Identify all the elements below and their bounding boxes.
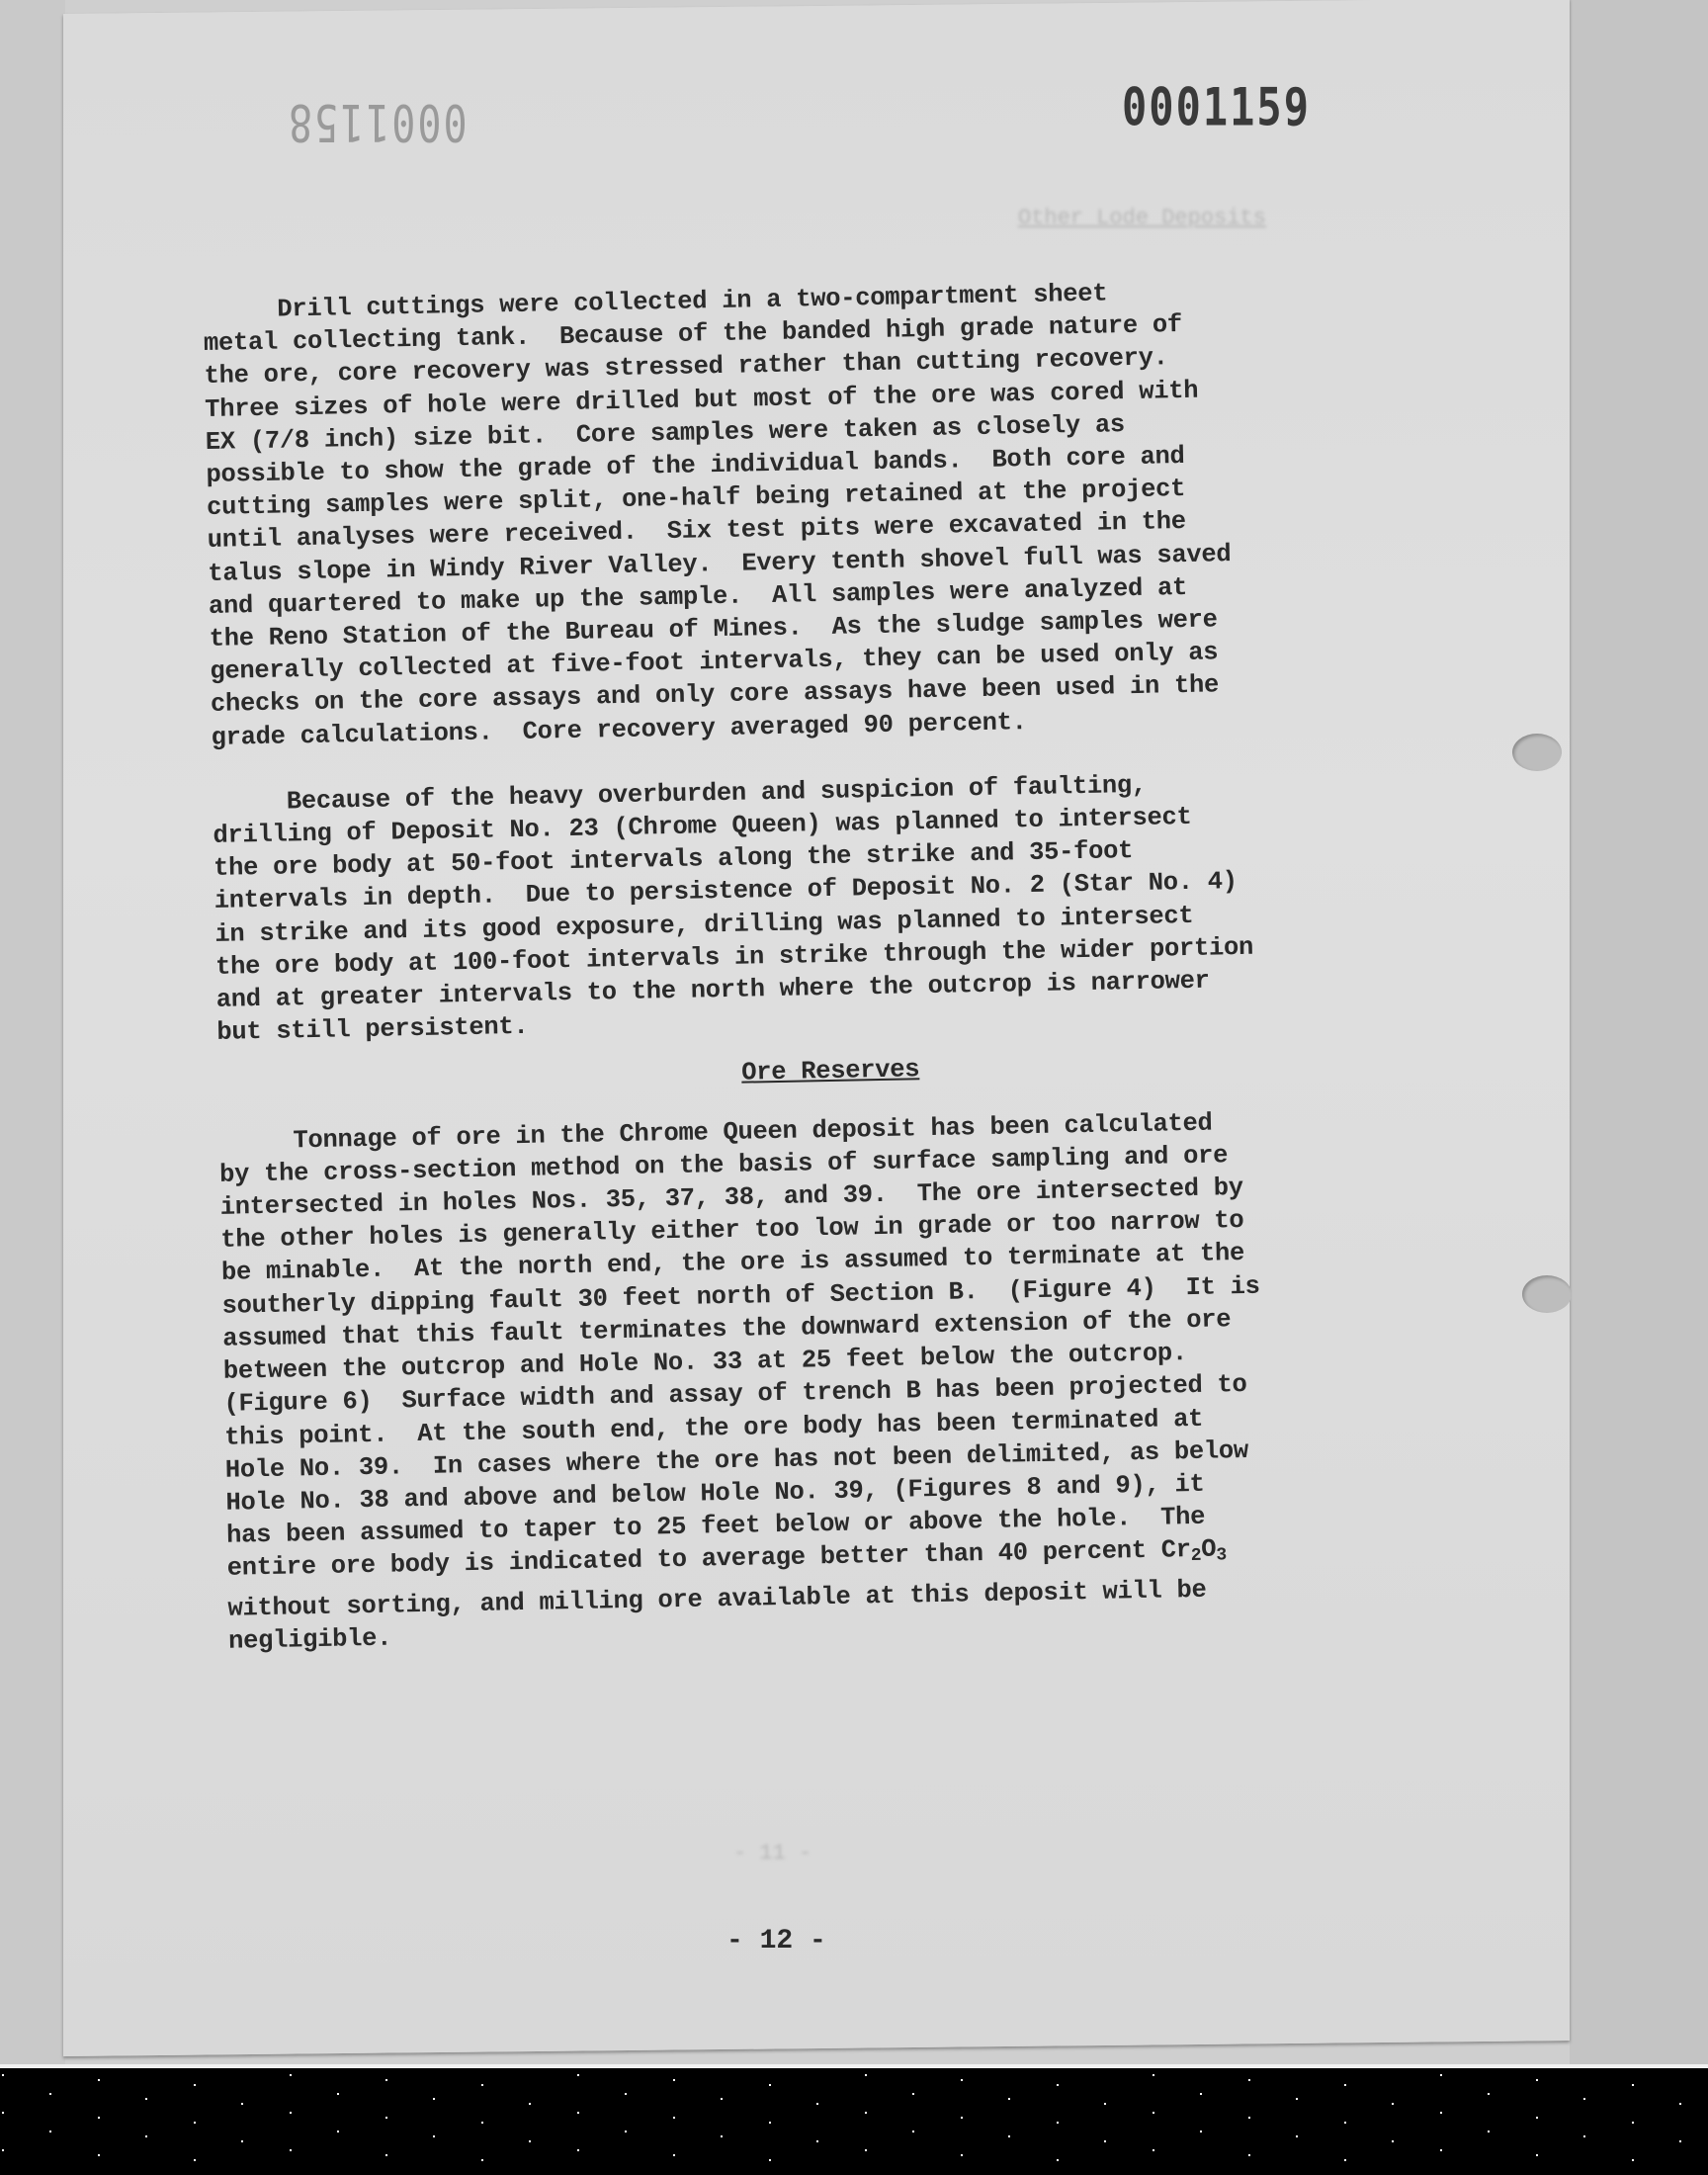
scan-noise-dot xyxy=(1583,2098,1585,2100)
scan-noise-dot xyxy=(1679,2103,1681,2105)
scan-noise-dot xyxy=(1153,2112,1154,2114)
subscript: 3 xyxy=(1216,1546,1227,1566)
scan-noise-dot xyxy=(721,2098,723,2100)
scan-noise-dot xyxy=(625,2093,627,2095)
formula-mid: O xyxy=(1201,1535,1217,1564)
scan-noise-dot xyxy=(290,2112,292,2114)
scan-noise-dot xyxy=(1632,2159,1634,2161)
scan-noise-dot xyxy=(865,2149,867,2151)
scan-noise-dot xyxy=(577,2074,579,2076)
scan-noise-dot xyxy=(290,2149,292,2151)
scan-noise-dot xyxy=(1153,2149,1154,2151)
scan-noise-dot xyxy=(481,2159,483,2161)
scan-noise-dot xyxy=(673,2079,675,2081)
scan-noise-dot xyxy=(961,2079,963,2081)
scan-noise-dot xyxy=(1632,2122,1634,2124)
scan-noise-dot xyxy=(385,2154,387,2156)
scan-noise-dot xyxy=(49,2131,51,2132)
scan-noise-dot xyxy=(337,2131,339,2132)
scan-noise-dot xyxy=(769,2084,771,2086)
scan-noise-dot xyxy=(1392,2103,1394,2105)
scanner-backdrop-right xyxy=(1570,0,1708,2066)
scan-noise-dot xyxy=(1536,2079,1538,2081)
scan-noise-dot xyxy=(145,2135,147,2137)
scan-noise-dot xyxy=(1104,2140,1106,2142)
scan-noise-dot xyxy=(1057,2122,1059,2124)
scan-noise-dot xyxy=(1248,2154,1250,2156)
scan-noise-dot xyxy=(2,2074,4,2076)
page-number: - 12 - xyxy=(726,1926,826,1957)
scan-noise-dot xyxy=(816,2103,818,2105)
scan-noise-dot xyxy=(1488,2131,1490,2132)
scan-noise-dot xyxy=(961,2117,963,2119)
scan-noise-dot xyxy=(2,2149,4,2151)
scan-noise-dot xyxy=(1536,2154,1538,2156)
scan-noise-dot xyxy=(194,2159,196,2161)
document-body: Drill cuttings were collected in a two-c… xyxy=(203,272,1414,1658)
scan-noise-dot xyxy=(1440,2112,1442,2114)
scan-noise-dot xyxy=(1536,2117,1538,2119)
stamp-number: 0001159 xyxy=(1122,77,1311,137)
scan-noise-dot xyxy=(529,2103,531,2105)
scan-noise-dot xyxy=(1057,2159,1059,2161)
scan-noise-dot xyxy=(769,2159,771,2161)
scan-noise-dot xyxy=(816,2140,818,2142)
scan-noise-dot xyxy=(1440,2149,1442,2151)
scan-noise-dot xyxy=(2,2112,4,2114)
scan-noise-dot xyxy=(1248,2117,1250,2119)
scan-noise-dot xyxy=(961,2154,963,2156)
scan-noise-dot xyxy=(1248,2079,1250,2081)
scan-noise-dot xyxy=(433,2135,435,2137)
scanner-backdrop-left xyxy=(0,0,65,2066)
scan-noise-dot xyxy=(1008,2098,1010,2100)
binder-punch-hole-upper xyxy=(1512,734,1562,771)
scan-noise-dot xyxy=(1440,2074,1442,2076)
scan-noise-dot xyxy=(1344,2084,1346,2086)
paragraph-ore-reserves: Tonnage of ore in the Chrome Queen depos… xyxy=(218,1102,1414,1657)
scan-noise-dot xyxy=(625,2131,627,2132)
scan-noise-dot xyxy=(1104,2103,1106,2105)
paragraph-drilling-samples: Drill cuttings were collected in a two-c… xyxy=(203,272,1398,754)
scan-noise-dot xyxy=(1344,2159,1346,2161)
subscript: 2 xyxy=(1191,1546,1202,1566)
scan-noise-dot xyxy=(673,2117,675,2119)
scan-noise-dot xyxy=(1583,2135,1585,2137)
paragraph-drilling-plan: Because of the heavy overburden and susp… xyxy=(213,764,1404,1050)
scan-noise-dot xyxy=(481,2084,483,2086)
scan-noise-dot xyxy=(912,2093,914,2095)
scan-noise-dot xyxy=(577,2112,579,2114)
bleed-through-footer: - 11 - xyxy=(733,1841,811,1866)
scan-noise-dot xyxy=(194,2084,196,2086)
scan-border-band xyxy=(0,2068,1708,2175)
scan-noise-dot xyxy=(673,2154,675,2156)
scan-noise-dot xyxy=(385,2117,387,2119)
scan-noise-dot xyxy=(1296,2135,1298,2137)
scan-noise-dot xyxy=(769,2122,771,2124)
scan-noise-dot xyxy=(1200,2131,1202,2132)
bleed-through-heading: Other Lode Deposits xyxy=(1018,206,1266,230)
scan-noise-dot xyxy=(241,2140,243,2142)
scan-noise-dot xyxy=(481,2122,483,2124)
scan-noise-dot xyxy=(1200,2093,1202,2095)
scan-noise-dot xyxy=(385,2079,387,2081)
scan-noise-dot xyxy=(865,2074,867,2076)
scan-noise-dot xyxy=(721,2135,723,2137)
scan-noise-dot xyxy=(1296,2098,1298,2100)
scan-noise-dot xyxy=(290,2074,292,2076)
scan-noise-dot xyxy=(145,2098,147,2100)
scan-noise-dot xyxy=(98,2154,100,2156)
scan-noise-dot xyxy=(1392,2140,1394,2142)
scan-noise-dot xyxy=(1057,2084,1059,2086)
scan-noise-dot xyxy=(1153,2074,1154,2076)
scan-noise-dot xyxy=(912,2131,914,2132)
scan-noise-dot xyxy=(49,2093,51,2095)
scan-noise-dot xyxy=(577,2149,579,2151)
scan-noise-dot xyxy=(865,2112,867,2114)
scan-noise-dot xyxy=(1008,2135,1010,2137)
binder-punch-hole-lower xyxy=(1522,1275,1572,1313)
scan-noise-dot xyxy=(337,2093,339,2095)
scan-noise-dot xyxy=(433,2098,435,2100)
scan-noise-dot xyxy=(241,2103,243,2105)
mirrored-stamp-number: 0001158 xyxy=(287,92,468,151)
scan-noise-dot xyxy=(1679,2140,1681,2142)
scan-noise-dot xyxy=(98,2117,100,2119)
scan-noise-dot xyxy=(1344,2122,1346,2124)
scan-noise-dot xyxy=(98,2079,100,2081)
scan-noise-dot xyxy=(1632,2084,1634,2086)
scan-noise-dot xyxy=(194,2122,196,2124)
scan-noise-dot xyxy=(529,2140,531,2142)
scan-noise-dot xyxy=(1488,2093,1490,2095)
